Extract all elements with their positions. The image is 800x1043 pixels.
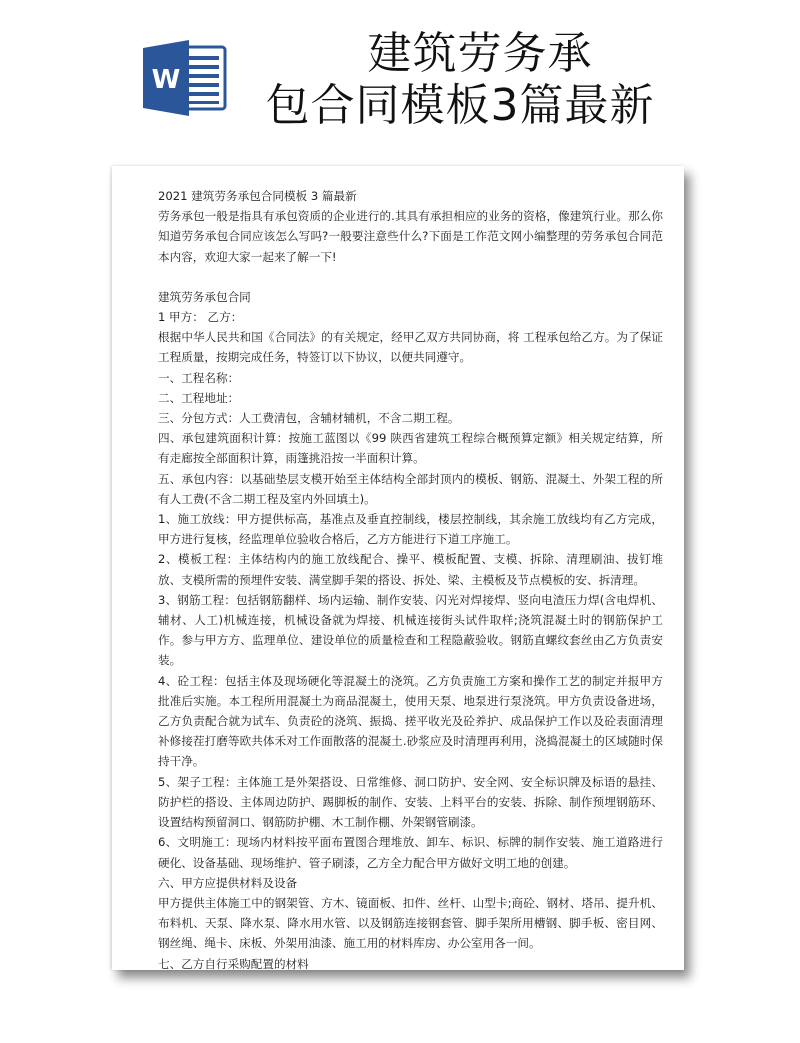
- clause-party-a-materials: 甲方提供主体施工中的钢架管、方木、镜面板、扣件、丝杆、山型卡;商砼、钢材、塔吊、…: [158, 893, 663, 954]
- item-formwork: 2、模板工程：主体结构内的施工放线配合、操平、模板配置、支模、拆除、清理刷油、拔…: [158, 549, 663, 589]
- title-line-1: 建筑劳务承: [250, 28, 670, 80]
- title-line-2: 包合同模板3篇最新: [250, 80, 670, 132]
- item-concrete: 4、砼工程：包括主体及现场硬化等混凝土的浇筑。乙方负责施工方案和操作工艺的制定并…: [158, 671, 663, 772]
- svg-text:W: W: [152, 65, 181, 95]
- word-document-icon: W: [141, 38, 229, 118]
- item-scaffolding: 5、架子工程：主体施工是外架搭设、日常维修、洞口防护、安全网、安全标识牌及标语的…: [158, 772, 663, 833]
- document-page-container: 2021 建筑劳务承包合同模板 3 篇最新 劳务承包一般是指具有承包资质的企业进…: [112, 166, 684, 970]
- item-setting-out: 1、施工放线：甲方提供标高，基准点及垂直控制线，楼层控制线，其余施工放线均有乙方…: [158, 509, 663, 549]
- contract-title: 建筑劳务承包合同: [158, 287, 663, 307]
- doc-intro: 劳务承包一般是指具有承包资质的企业进行的.其具有承担相应的业务的资格，像建筑行业…: [158, 206, 663, 267]
- clause-project-name: 一、工程名称：: [158, 368, 663, 388]
- clause-area-calculation: 四、承包建筑面积计算：按施工蓝图以《99 陕西省建筑工程综合概预算定额》相关规定…: [158, 428, 663, 468]
- document-body: 2021 建筑劳务承包合同模板 3 篇最新 劳务承包一般是指具有承包资质的企业进…: [158, 186, 663, 970]
- clause-party-b-materials-heading: 七、乙方自行采购配置的材料: [158, 954, 663, 970]
- parties-line: 1 甲方： 乙方：: [158, 307, 663, 327]
- item-rebar: 3、钢筋工程：包括钢筋翻样、场内运输、制作安装、闪光对焊接焊、竖向电渣压力焊(含…: [158, 590, 663, 671]
- clause-party-a-materials-heading: 六、甲方应提供材料及设备: [158, 873, 663, 893]
- contract-preamble: 根据中华人民共和国《合同法》的有关规定，经甲乙双方共同协商，将 工程承包给乙方。…: [158, 327, 663, 367]
- clause-contract-scope: 五、承包内容：以基础垫层支模开始至主体结构全部封顶内的模板、钢筋、混凝土、外架工…: [158, 469, 663, 509]
- item-civilized-construction: 6、文明施工：现场内材料按平面布置图合理堆放、卸车、标识、标牌的制作安装、施工道…: [158, 832, 663, 872]
- paragraph-gap: [158, 267, 663, 287]
- document-page: 2021 建筑劳务承包合同模板 3 篇最新 劳务承包一般是指具有承包资质的企业进…: [112, 166, 684, 970]
- page-title: 建筑劳务承 包合同模板3篇最新: [250, 28, 670, 132]
- clause-subcontract-method: 三、分包方式：人工费清包，含辅材辅机，不含二期工程。: [158, 408, 663, 428]
- page-header: W 建筑劳务承 包合同模板3篇最新: [0, 0, 800, 150]
- doc-heading: 2021 建筑劳务承包合同模板 3 篇最新: [158, 186, 663, 206]
- clause-project-address: 二、工程地址：: [158, 388, 663, 408]
